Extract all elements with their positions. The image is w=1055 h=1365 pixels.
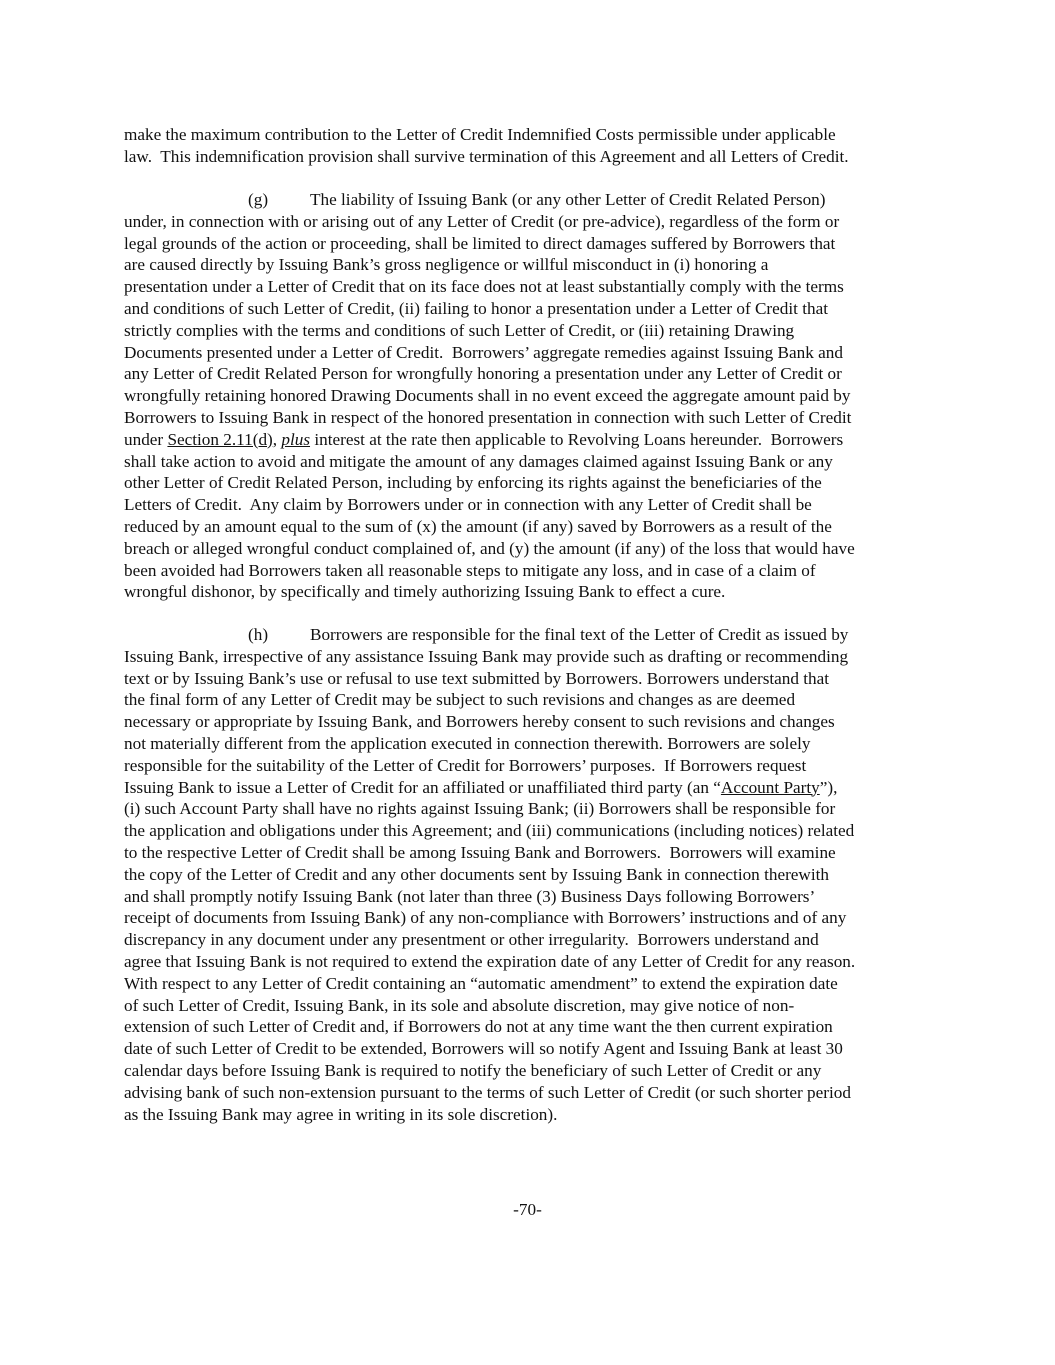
paragraph-g: (g)The liability of Issuing Bank (or any…: [124, 189, 944, 603]
paragraph-marker: (h): [248, 624, 310, 646]
text-line: Borrowers are responsible for the final …: [310, 625, 848, 644]
text-line: make the maximum contribution to the Let…: [124, 124, 944, 146]
text-line: advising bank of such non-extension purs…: [124, 1082, 944, 1104]
paragraph-h: (h)Borrowers are responsible for the fin…: [124, 624, 944, 1125]
text-line: text or by Issuing Bank’s use or refusal…: [124, 668, 944, 690]
paragraph-marker: (g): [248, 189, 310, 211]
text-line: necessary or appropriate by Issuing Bank…: [124, 711, 944, 733]
text-line: Letters of Credit. Any claim by Borrower…: [124, 494, 944, 516]
text-line: breach or alleged wrongful conduct compl…: [124, 538, 944, 560]
text-line: Documents presented under a Letter of Cr…: [124, 342, 944, 364]
text-line: responsible for the suitability of the L…: [124, 755, 944, 777]
text-line: of such Letter of Credit, Issuing Bank, …: [124, 995, 944, 1017]
text-line: to the respective Letter of Credit shall…: [124, 842, 944, 864]
text-line: the application and obligations under th…: [124, 820, 944, 842]
text-line: date of such Letter of Credit to be exte…: [124, 1038, 944, 1060]
text-line: under, in connection with or arising out…: [124, 211, 944, 233]
text-line: receipt of documents from Issuing Bank) …: [124, 907, 944, 929]
paragraph-g-first-line: (g)The liability of Issuing Bank (or any…: [124, 189, 944, 211]
text-line: legal grounds of the action or proceedin…: [124, 233, 944, 255]
paragraph-f-continuation: make the maximum contribution to the Let…: [124, 124, 944, 168]
text-line: the final form of any Letter of Credit m…: [124, 689, 944, 711]
document-page: make the maximum contribution to the Let…: [0, 0, 1055, 1365]
text-line: wrongful dishonor, by specifically and t…: [124, 581, 944, 603]
text-line: are caused directly by Issuing Bank’s gr…: [124, 254, 944, 276]
text-line: The liability of Issuing Bank (or any ot…: [310, 190, 826, 209]
section-reference: Section 2.11(d): [167, 430, 272, 449]
text-line: other Letter of Credit Related Person, i…: [124, 472, 944, 494]
text-line-account-party: Issuing Bank to issue a Letter of Credit…: [124, 777, 944, 799]
plus-emphasis: plus: [281, 430, 310, 449]
text-line: shall take action to avoid and mitigate …: [124, 451, 944, 473]
text-line: not materially different from the applic…: [124, 733, 944, 755]
text-line: as the Issuing Bank may agree in writing…: [124, 1104, 944, 1126]
page-number: -70-: [0, 1199, 1055, 1221]
text-line: Borrowers to Issuing Bank in respect of …: [124, 407, 944, 429]
defined-term-account-party: Account Party: [721, 778, 820, 797]
text-line-section-ref: under Section 2.11(d), plus interest at …: [124, 429, 944, 451]
text-line: presentation under a Letter of Credit th…: [124, 276, 944, 298]
text-line: and shall promptly notify Issuing Bank (…: [124, 886, 944, 908]
text-line: strictly complies with the terms and con…: [124, 320, 944, 342]
text-line: extension of such Letter of Credit and, …: [124, 1016, 944, 1038]
paragraph-h-first-line: (h)Borrowers are responsible for the fin…: [124, 624, 944, 646]
text-line: discrepancy in any document under any pr…: [124, 929, 944, 951]
text-line: (i) such Account Party shall have no rig…: [124, 798, 944, 820]
text-line: law. This indemnification provision shal…: [124, 146, 944, 168]
text-line: Issuing Bank, irrespective of any assist…: [124, 646, 944, 668]
text-line: the copy of the Letter of Credit and any…: [124, 864, 944, 886]
text-line: agree that Issuing Bank is not required …: [124, 951, 944, 973]
text-line: and conditions of such Letter of Credit,…: [124, 298, 944, 320]
text-line: reduced by an amount equal to the sum of…: [124, 516, 944, 538]
text-line: wrongfully retaining honored Drawing Doc…: [124, 385, 944, 407]
text-line: been avoided had Borrowers taken all rea…: [124, 560, 944, 582]
text-line: any Letter of Credit Related Person for …: [124, 363, 944, 385]
text-line: With respect to any Letter of Credit con…: [124, 973, 944, 995]
text-line: calendar days before Issuing Bank is req…: [124, 1060, 944, 1082]
